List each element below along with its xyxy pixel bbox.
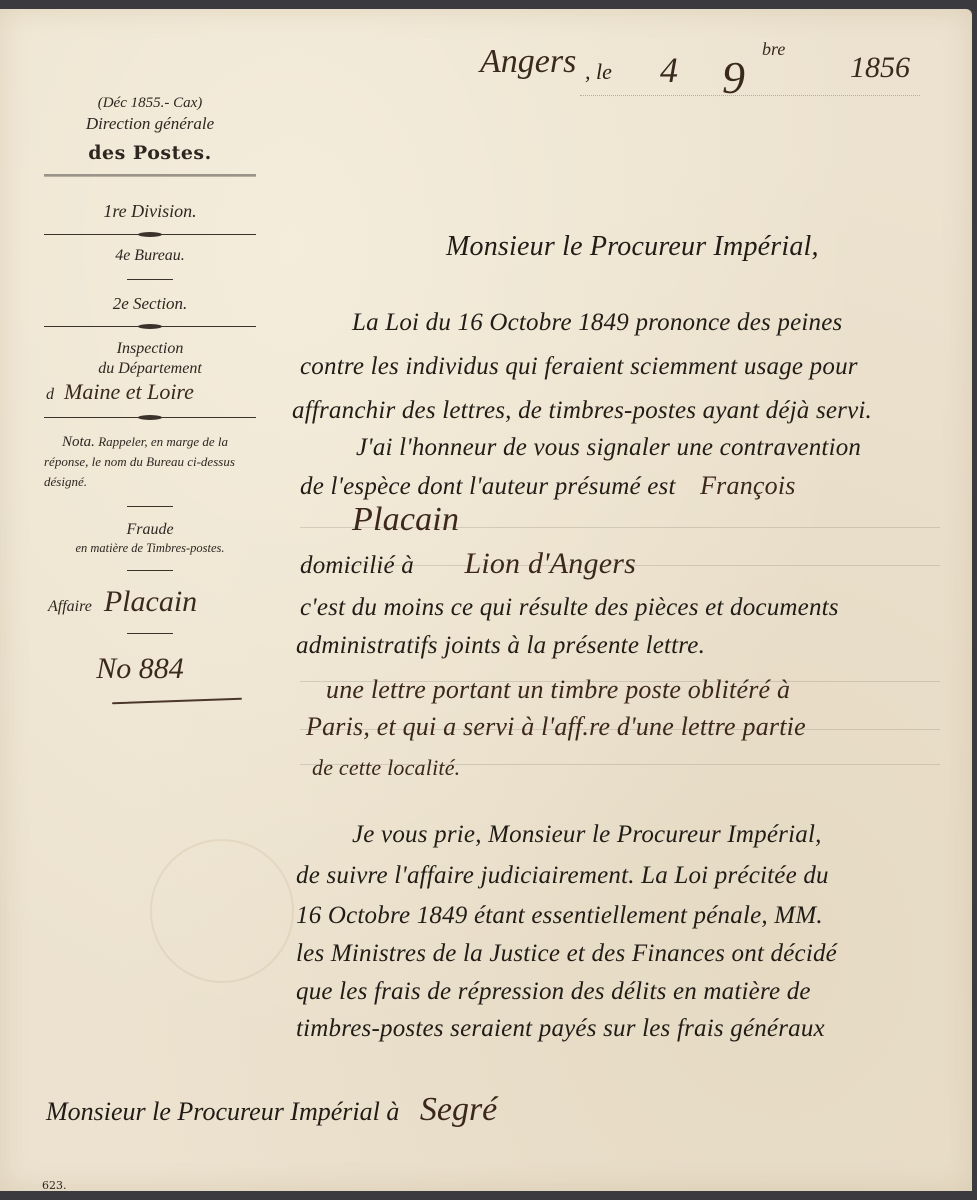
body-line: c'est du moins ce qui résulte des pièces…	[300, 594, 839, 622]
date-year: 1856	[850, 51, 910, 85]
body-line: de suivre l'affaire judiciairement. La L…	[296, 862, 829, 890]
double-rule-divider	[44, 174, 256, 177]
date-place: Angers	[480, 43, 576, 81]
short-divider	[127, 506, 173, 507]
form-reference: (Déc 1855.- Cax)	[44, 95, 256, 112]
handwritten-line: une lettre portant un timbre poste oblit…	[326, 675, 790, 705]
nota-block: Nota. Rappeler, en marge de la réponse, …	[44, 432, 256, 492]
faded-stamp-mark	[150, 839, 294, 983]
departement-row: d Maine et Loire	[44, 379, 256, 405]
affaire-row: Affaire Placain	[44, 585, 256, 619]
date-line: Angers , le 4 9 bre 1856	[480, 39, 930, 109]
case-number: No 884	[24, 652, 256, 686]
domicile-value: Lion d'Angers	[464, 547, 636, 580]
address-value: Segré	[420, 1091, 497, 1128]
nota-label: Nota.	[62, 434, 95, 450]
ornamental-divider	[44, 417, 256, 418]
short-divider	[127, 633, 173, 634]
body-line: administratifs joints à la présente lett…	[296, 632, 705, 660]
date-month-sup: bre	[762, 39, 785, 60]
body-line: les Ministres de la Justice et des Finan…	[296, 940, 837, 968]
short-divider	[127, 279, 173, 280]
bureau-label: 4e Bureau.	[44, 247, 256, 265]
form-number: 623.	[42, 1179, 67, 1192]
handwritten-underline	[112, 698, 242, 705]
date-day: 4	[660, 49, 678, 91]
body-line: J'ai l'honneur de vous signaler une cont…	[356, 434, 861, 462]
division-label: 1re Division.	[44, 201, 256, 222]
fraude-label: Fraude	[44, 521, 256, 539]
domicile-line: domicilié à Lion d'Angers	[300, 547, 636, 581]
salutation: Monsieur le Procureur Impérial,	[446, 231, 819, 263]
date-le: , le	[585, 59, 612, 85]
handwritten-line: de cette localité.	[312, 755, 460, 781]
body-line: timbres-postes seraient payés sur les fr…	[296, 1015, 825, 1043]
ornamental-divider	[44, 234, 256, 235]
section-label: 2e Section.	[44, 294, 256, 314]
direction-title: Direction générale	[44, 114, 256, 134]
short-divider	[127, 570, 173, 571]
domicile-label: domicilié à	[300, 552, 414, 579]
address-label: Monsieur le Procureur Impérial à	[46, 1097, 399, 1126]
body-line: 16 Octobre 1849 étant essentiellement pé…	[296, 902, 823, 930]
handwritten-line: Paris, et qui a servi à l'aff.re d'une l…	[306, 712, 806, 742]
body-line: affranchir des lettres, de timbres-poste…	[292, 397, 872, 425]
departement-value: Maine et Loire	[64, 379, 194, 405]
body-line: contre les individus qui feraient sciemm…	[300, 353, 858, 381]
date-month: 9	[722, 51, 745, 104]
body-line: La Loi du 16 Octobre 1849 prononce des p…	[352, 309, 842, 337]
date-underline	[580, 95, 920, 96]
fraude-subtitle: en matière de Timbres-postes.	[44, 541, 256, 556]
letter-page: (Déc 1855.- Cax) Direction générale des …	[0, 9, 972, 1191]
affaire-value: Placain	[104, 585, 197, 619]
body-line: que les frais de répression des délits e…	[296, 978, 811, 1006]
body-text: de l'espèce dont l'auteur présumé est	[300, 473, 676, 500]
recipient-address: Monsieur le Procureur Impérial à Segré	[46, 1091, 497, 1129]
body-line: de l'espèce dont l'auteur présumé est Fr…	[300, 471, 796, 501]
affaire-label: Affaire	[48, 598, 92, 616]
departement-prefix: d	[46, 386, 54, 404]
sidebar-header-block: (Déc 1855.- Cax) Direction générale des …	[44, 89, 256, 702]
inspection-label: Inspection	[44, 339, 256, 359]
postes-title: des Postes.	[44, 142, 256, 164]
ornamental-divider	[44, 326, 256, 327]
departement-label: du Département	[44, 359, 256, 379]
body-line: Je vous prie, Monsieur le Procureur Impé…	[352, 821, 822, 849]
author-first-name: François	[700, 471, 795, 500]
author-last-name: Placain	[352, 501, 459, 539]
